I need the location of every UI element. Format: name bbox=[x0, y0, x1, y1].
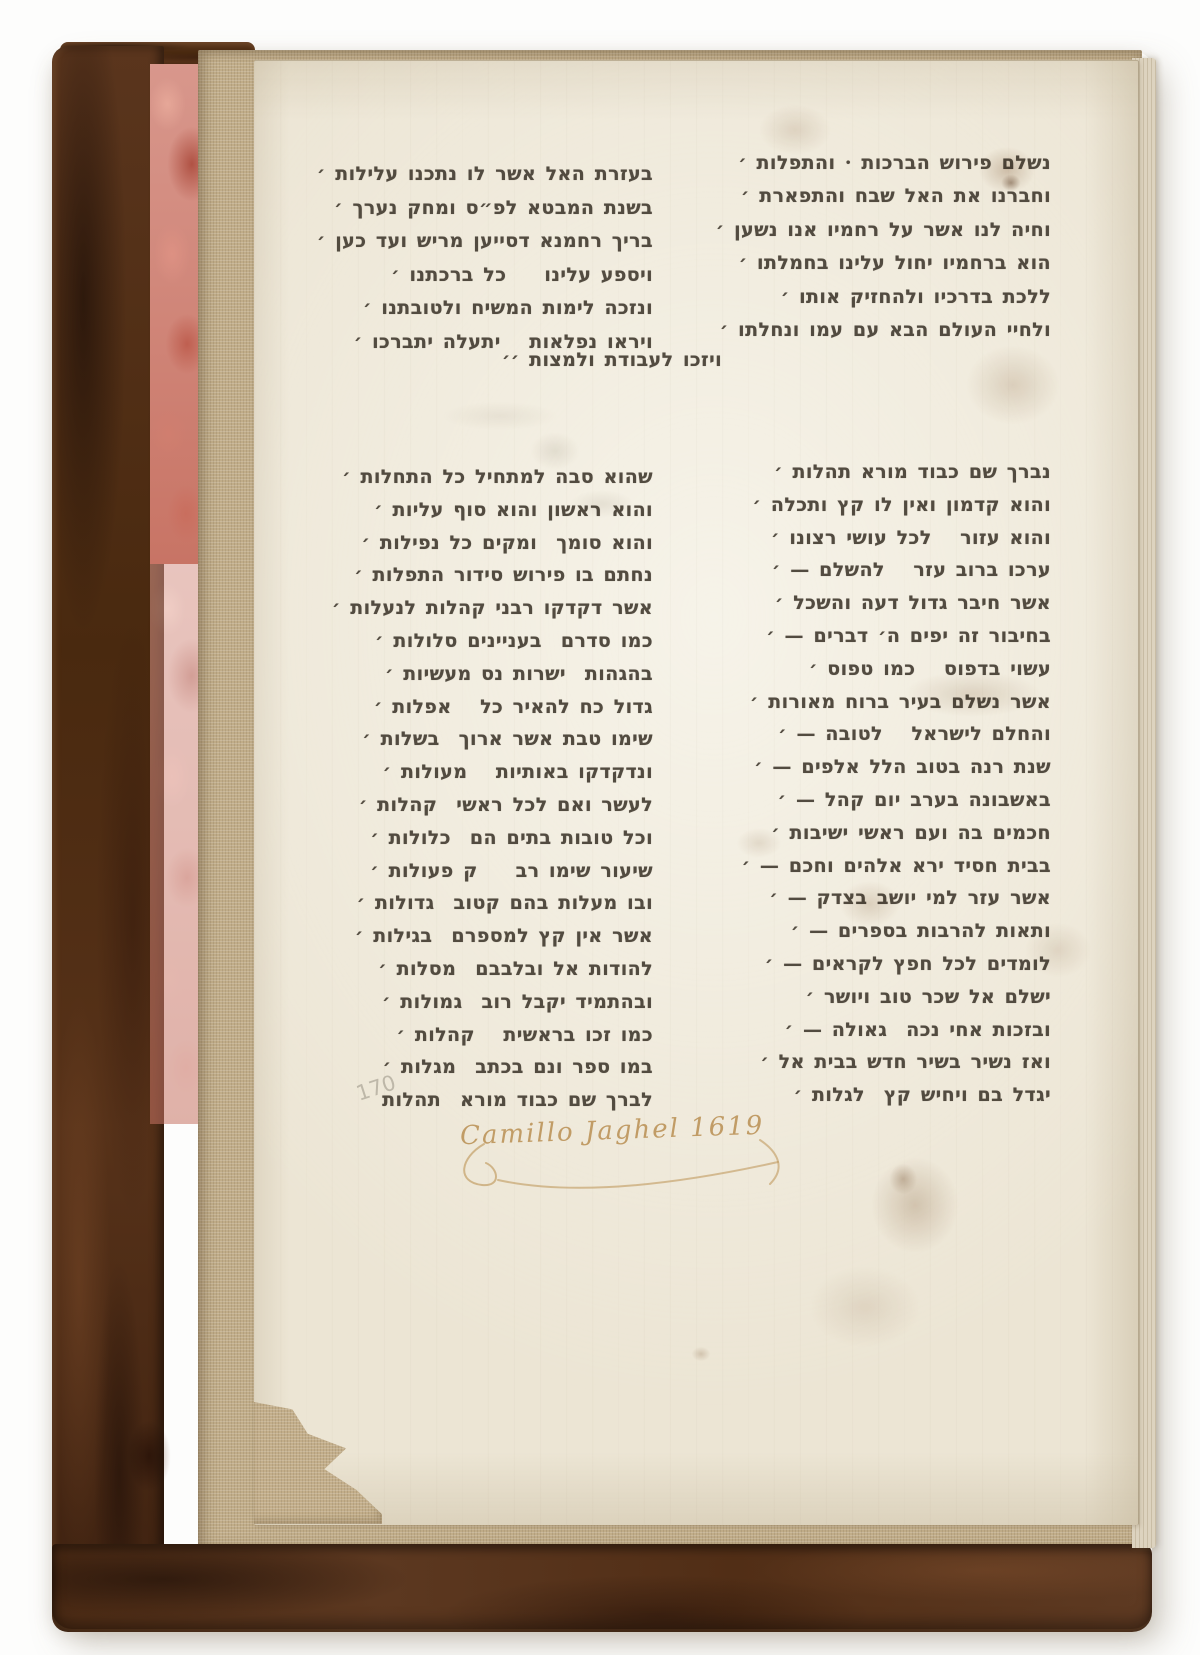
text-line: נברך שם כבוד מורא תהלות ׳ bbox=[671, 456, 1051, 489]
text-line: אשר חיבר גדול דעה והשכל ׳ bbox=[671, 587, 1051, 620]
text-line: נחתם בו פירוש סידור התפלות ׳ bbox=[243, 559, 653, 592]
text-line: אשר עזר למי יושב בצדק — ׳ bbox=[671, 882, 1051, 915]
text-line: בשנת המבטא לפ״ס ומחק נערך ׳ bbox=[283, 192, 653, 226]
colophon-bottom-left-column: שהוא סבה למתחיל כל התחלות ׳ והוא ראשון ו… bbox=[243, 461, 653, 1117]
text-line: ובזכות אחי נכה גאולה — ׳ bbox=[671, 1014, 1051, 1047]
text-line: ללכת בדרכיו ולהחזיק אותו ׳ bbox=[671, 281, 1051, 314]
text-line: והוא עזור לכל עושי רצונו ׳ bbox=[671, 522, 1051, 555]
text-line: אשר אין קץ למספרם בגילות ׳ bbox=[243, 920, 653, 953]
leather-binding-bottom bbox=[52, 1544, 1152, 1632]
text-line: ונדקדקו באותיות מעולות ׳ bbox=[243, 756, 653, 789]
text-line: הוא ברחמיו יחול עלינו בחמלתו ׳ bbox=[671, 247, 1051, 280]
text-line: ערכו ברוב עזר להשלם — ׳ bbox=[671, 554, 1051, 587]
text-line: ותאות להרבות בספרים — ׳ bbox=[671, 915, 1051, 948]
text-line: אשר דקדקו רבני קהלות לנעלות ׳ bbox=[243, 592, 653, 625]
text-line: שהוא סבה למתחיל כל התחלות ׳ bbox=[243, 461, 653, 494]
colophon-center-line: ויזכו לעבודת ולמצות ׳׳ bbox=[502, 349, 722, 371]
text-line: במו ספר ונם בכתב מגלות ׳ bbox=[243, 1051, 653, 1084]
colophon-top-right-column: נשלם פירוש הברכות · והתפלות ׳ וחברנו את … bbox=[671, 147, 1051, 347]
text-line: ויספע עלינו כל ברכתנו ׳ bbox=[283, 259, 653, 293]
colophon-top-left-column: בעזרת האל אשר לו נתכנו עלילות ׳ בשנת המב… bbox=[283, 158, 653, 360]
colophon-bottom-right-column: נברך שם כבוד מורא תהלות ׳ והוא קדמון ואי… bbox=[671, 456, 1051, 1112]
text-line: להודות אל ובלבבם מסלות ׳ bbox=[243, 953, 653, 986]
text-line: והוא קדמון ואין לו קץ ותכלה ׳ bbox=[671, 489, 1051, 522]
text-line: לעשר ואם לכל ראשי קהלות ׳ bbox=[243, 789, 653, 822]
text-line: בעזרת האל אשר לו נתכנו עלילות ׳ bbox=[283, 158, 653, 192]
text-line: וחברנו את האל שבח והתפארת ׳ bbox=[671, 180, 1051, 213]
text-line: ונזכה לימות המשיח ולטובתנו ׳ bbox=[283, 292, 653, 326]
text-line: נשלם פירוש הברכות · והתפלות ׳ bbox=[671, 147, 1051, 180]
text-line: והוא סומך ומקים כל נפילות ׳ bbox=[243, 527, 653, 560]
text-line: שנת רנה בטוב הלל אלפים — ׳ bbox=[671, 751, 1051, 784]
text-line: ולחיי העולם הבא עם עמו ונחלתו ׳ bbox=[671, 314, 1051, 347]
text-line: שימו טבת אשר ארוך בשלות ׳ bbox=[243, 723, 653, 756]
text-line: לומדים לכל חפץ לקראים — ׳ bbox=[671, 948, 1051, 981]
text-line: וכל טובות בתים הם כלולות ׳ bbox=[243, 822, 653, 855]
text-line: ואז נשיר בשיר חדש בבית אל ׳ bbox=[671, 1046, 1051, 1079]
text-line: שיעור שימו רב ק פעולות ׳ bbox=[243, 855, 653, 888]
photo-of-open-book: נשלם פירוש הברכות · והתפלות ׳ וחברנו את … bbox=[0, 0, 1200, 1655]
text-line: כמו זכו בראשית קהלות ׳ bbox=[243, 1019, 653, 1052]
text-line: גדול כח להאיר כל אפלות ׳ bbox=[243, 691, 653, 724]
censor-signature: Camillo Jaghel 1619 bbox=[440, 1106, 800, 1198]
text-line: בהגהות ישרות נס מעשיות ׳ bbox=[243, 658, 653, 691]
text-line: והחלם לישראל לטובה — ׳ bbox=[671, 718, 1051, 751]
text-line: וחיה לנו אשר על רחמיו אנו נשען ׳ bbox=[671, 214, 1051, 247]
text-line: באשבונה בערב יום קהל — ׳ bbox=[671, 784, 1051, 817]
text-line: ישלם אל שכר טוב ויושר ׳ bbox=[671, 981, 1051, 1014]
text-line: ובהתמיד יקבל רוב גמולות ׳ bbox=[243, 986, 653, 1019]
leather-binding-left bbox=[52, 46, 164, 1632]
text-line: בבית חסיד ירא אלהים וחכם — ׳ bbox=[671, 850, 1051, 883]
text-line: בחיבור זה יפים ה׳ דברים — ׳ bbox=[671, 620, 1051, 653]
text-line: כמו סדרם בעניינים סלולות ׳ bbox=[243, 625, 653, 658]
text-line: והוא ראשון והוא סוף עליות ׳ bbox=[243, 494, 653, 527]
text-line: אשר נשלם בעיר ברוח מאורות ׳ bbox=[671, 686, 1051, 719]
text-line: עשוי בדפוס כמו טפוס ׳ bbox=[671, 653, 1051, 686]
text-line: ובו מעלות בהם קטוב גדולות ׳ bbox=[243, 887, 653, 920]
text-line: בריך רחמנא דסייען מריש ועד כען ׳ bbox=[283, 225, 653, 259]
text-line: חכמים בה ועם ראשי ישיבות ׳ bbox=[671, 817, 1051, 850]
